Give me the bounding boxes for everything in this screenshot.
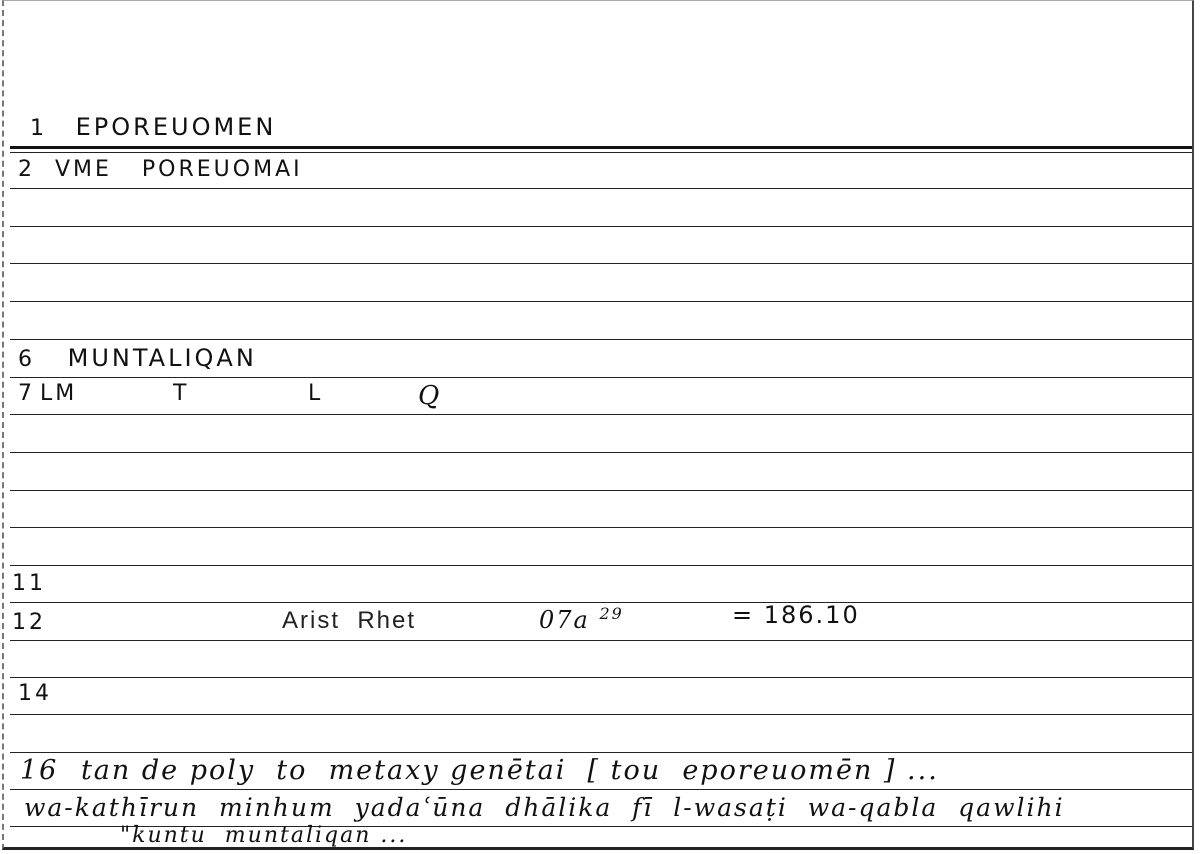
ruled-line bbox=[10, 146, 1192, 149]
line-number: 16 bbox=[20, 755, 58, 786]
bekker-reference: 07a 29 bbox=[539, 604, 624, 634]
headword-greek: EPOREUOMEN bbox=[76, 113, 277, 141]
ruled-line bbox=[10, 377, 1192, 378]
ruled-line bbox=[10, 490, 1192, 491]
ruled-line bbox=[10, 263, 1192, 264]
arabic-transliteration-continued: "kuntu muntaliqan ... bbox=[120, 823, 407, 848]
greek-transliteration: tan de poly to metaxy genētai [ tou epor… bbox=[81, 755, 939, 786]
ruled-line bbox=[10, 602, 1192, 603]
headword-arabic: MUNTALIQAN bbox=[68, 344, 257, 372]
root-letter: L bbox=[308, 381, 323, 406]
index-card: 1 EPOREUOMEN 2 VME POREUOMAI 6 MUNTALIQA… bbox=[2, 0, 1194, 850]
reference-page: 07a bbox=[539, 606, 590, 634]
root-part: LM bbox=[40, 381, 77, 406]
line-11-number: 11 bbox=[12, 571, 46, 596]
ruled-line bbox=[10, 640, 1192, 641]
line-number: 7 bbox=[18, 381, 35, 406]
reference-line: 29 bbox=[600, 604, 624, 623]
line-16-greek-quotation: 16 tan de poly to metaxy genētai [ tou e… bbox=[20, 755, 939, 786]
arabic-transliteration: wa-kathīrun minhum yadaʿūna dhālika fī l… bbox=[24, 793, 1065, 822]
ruled-line bbox=[10, 152, 1192, 153]
line-7: 7 LM T L Q bbox=[18, 381, 478, 413]
line-number: 6 bbox=[18, 347, 35, 372]
line-2: 2 VME POREUOMAI bbox=[18, 157, 303, 182]
ruled-line bbox=[10, 714, 1192, 715]
ruled-line bbox=[10, 452, 1192, 453]
ruled-line bbox=[10, 677, 1192, 678]
ruled-line bbox=[10, 527, 1192, 528]
ruled-line bbox=[10, 414, 1192, 415]
ruled-line bbox=[10, 301, 1192, 302]
line-1: 1 EPOREUOMEN bbox=[30, 113, 276, 141]
root-letter: T bbox=[173, 381, 189, 406]
ruled-line bbox=[10, 226, 1192, 227]
ruled-line bbox=[10, 565, 1192, 566]
line-number: 2 bbox=[18, 157, 35, 182]
ruled-line bbox=[10, 752, 1192, 753]
ruled-line bbox=[10, 789, 1192, 790]
root-letter: Q bbox=[418, 381, 442, 411]
line-6: 6 MUNTALIQAN bbox=[18, 344, 257, 372]
ruled-line bbox=[10, 188, 1192, 189]
ruled-line bbox=[10, 339, 1192, 340]
arabic-edition-reference: = 186.10 bbox=[732, 601, 860, 629]
source-citation: Arist Rhet bbox=[282, 607, 416, 635]
line-14-number: 14 bbox=[18, 681, 52, 706]
line-12-number: 12 bbox=[12, 610, 46, 635]
line-number: 1 bbox=[30, 116, 47, 141]
lemma-greek: VME POREUOMAI bbox=[55, 157, 303, 182]
